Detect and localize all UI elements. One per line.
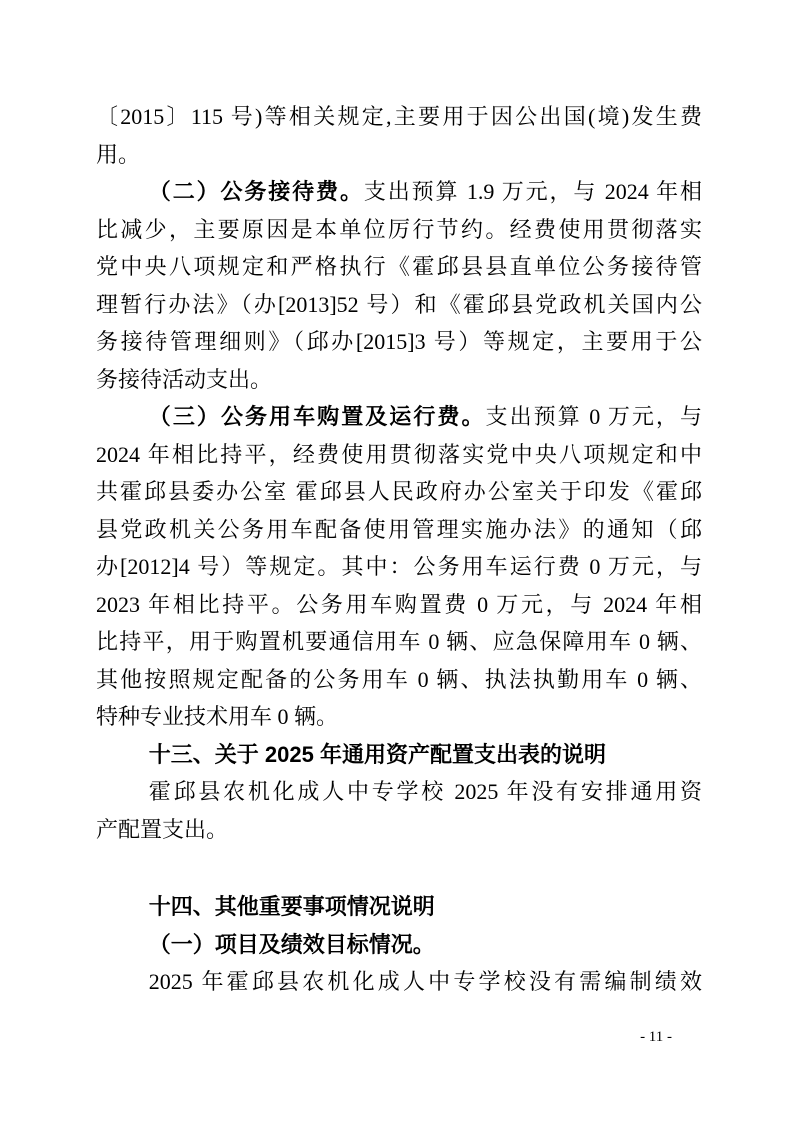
section-heading-text: 十四、其他重要事项情况说明 — [149, 894, 435, 919]
section-heading-xiv: 十四、其他重要事项情况说明 — [96, 888, 702, 926]
subsection-heading-1: （一）项目及绩效目标情况。 — [96, 926, 702, 964]
paragraph-text: 办[2012]4 号）等规定。其中：公务用车运行费 0 万元，与 — [96, 554, 702, 579]
paragraph-line: 务接待活动支出。 — [96, 361, 702, 399]
paragraph-line: 特种专业技术用车 0 辆。 — [96, 698, 702, 736]
paragraph-line: 霍邱县农机化成人中专学校 2025 年没有安排通用资 — [96, 773, 702, 811]
paragraph-text: 比持平，用于购置机要通信用车 0 辆、应急保障用车 0 辆、 — [96, 629, 702, 654]
document-body: 〔2015〕115 号)等相关规定,主要用于因公出国(境)发生费 用。 （二）公… — [96, 98, 702, 1001]
paragraph-line: 用。 — [96, 136, 702, 174]
paragraph-text: 务接待活动支出。 — [96, 367, 272, 392]
page-number: - 11 - — [640, 1028, 672, 1046]
run-in-heading: （三）公务用车购置及运行费。 — [149, 404, 486, 429]
paragraph-line: 党中央八项规定和严格执行《霍邱县县直单位公务接待管 — [96, 248, 702, 286]
paragraph-text: 理暂行办法》（办[2013]52 号）和《霍邱县党政机关国内公 — [96, 292, 702, 317]
paragraph-line: 2024 年相比持平，经费使用贯彻落实党中央八项规定和中 — [96, 436, 702, 474]
paragraph-text: 2024 年相比持平，经费使用贯彻落实党中央八项规定和中 — [96, 442, 702, 467]
paragraph-text: 支出预算 0 万元，与 — [486, 404, 702, 429]
paragraph-text: 支出预算 1.9 万元，与 2024 年相 — [364, 179, 702, 204]
paragraph-line: 比持平，用于购置机要通信用车 0 辆、应急保障用车 0 辆、 — [96, 623, 702, 661]
paragraph-line: （二）公务接待费。支出预算 1.9 万元，与 2024 年相 — [96, 173, 702, 211]
paragraph-line: 县党政机关公务用车配备使用管理实施办法》的通知（邱 — [96, 511, 702, 549]
paragraph-text: 2025 年霍邱县农机化成人中专学校没有需编制绩效 — [149, 969, 702, 994]
paragraph-line: 比减少，主要原因是本单位厉行节约。经费使用贯彻落实 — [96, 211, 702, 249]
paragraph-line: 务接待管理细则》（邱办[2015]3 号）等规定，主要用于公 — [96, 323, 702, 361]
paragraph-line: 〔2015〕115 号)等相关规定,主要用于因公出国(境)发生费 — [96, 98, 702, 136]
paragraph-line: 2023 年相比持平。公务用车购置费 0 万元，与 2024 年相 — [96, 586, 702, 624]
paragraph-text: 〔2015〕115 号)等相关规定,主要用于因公出国(境)发生费 — [96, 104, 702, 129]
paragraph-text: 党中央八项规定和严格执行《霍邱县县直单位公务接待管 — [96, 254, 702, 279]
run-in-heading: （二）公务接待费。 — [149, 179, 364, 204]
paragraph-line: 其他按照规定配备的公务用车 0 辆、执法执勤用车 0 辆、 — [96, 661, 702, 699]
paragraph-text: 产配置支出。 — [96, 817, 228, 842]
blank-line — [96, 848, 702, 888]
paragraph-text: 务接待管理细则》（邱办[2015]3 号）等规定，主要用于公 — [96, 329, 702, 354]
paragraph-text: 2023 年相比持平。公务用车购置费 0 万元，与 2024 年相 — [96, 592, 702, 617]
paragraph-text: 用。 — [96, 142, 140, 167]
paragraph-line: 产配置支出。 — [96, 811, 702, 849]
section-heading-text: 十三、关于 2025 年通用资产配置支出表的说明 — [149, 742, 606, 767]
section-heading-xiii: 十三、关于 2025 年通用资产配置支出表的说明 — [96, 736, 702, 774]
paragraph-text: 县党政机关公务用车配备使用管理实施办法》的通知（邱 — [96, 517, 702, 542]
paragraph-text: 共霍邱县委办公室 霍邱县人民政府办公室关于印发《霍邱 — [96, 479, 702, 504]
paragraph-text: 比减少，主要原因是本单位厉行节约。经费使用贯彻落实 — [96, 217, 702, 242]
paragraph-line: 理暂行办法》（办[2013]52 号）和《霍邱县党政机关国内公 — [96, 286, 702, 324]
paragraph-line: 共霍邱县委办公室 霍邱县人民政府办公室关于印发《霍邱 — [96, 473, 702, 511]
document-page: 〔2015〕115 号)等相关规定,主要用于因公出国(境)发生费 用。 （二）公… — [0, 0, 793, 1122]
paragraph-line: （三）公务用车购置及运行费。支出预算 0 万元，与 — [96, 398, 702, 436]
paragraph-line: 2025 年霍邱县农机化成人中专学校没有需编制绩效 — [96, 963, 702, 1001]
paragraph-text: 霍邱县农机化成人中专学校 2025 年没有安排通用资 — [149, 779, 702, 804]
paragraph-text: 特种专业技术用车 0 辆。 — [96, 704, 338, 729]
paragraph-line: 办[2012]4 号）等规定。其中：公务用车运行费 0 万元，与 — [96, 548, 702, 586]
subsection-heading-text: （一）项目及绩效目标情况。 — [149, 932, 435, 957]
paragraph-text: 其他按照规定配备的公务用车 0 辆、执法执勤用车 0 辆、 — [96, 667, 702, 692]
